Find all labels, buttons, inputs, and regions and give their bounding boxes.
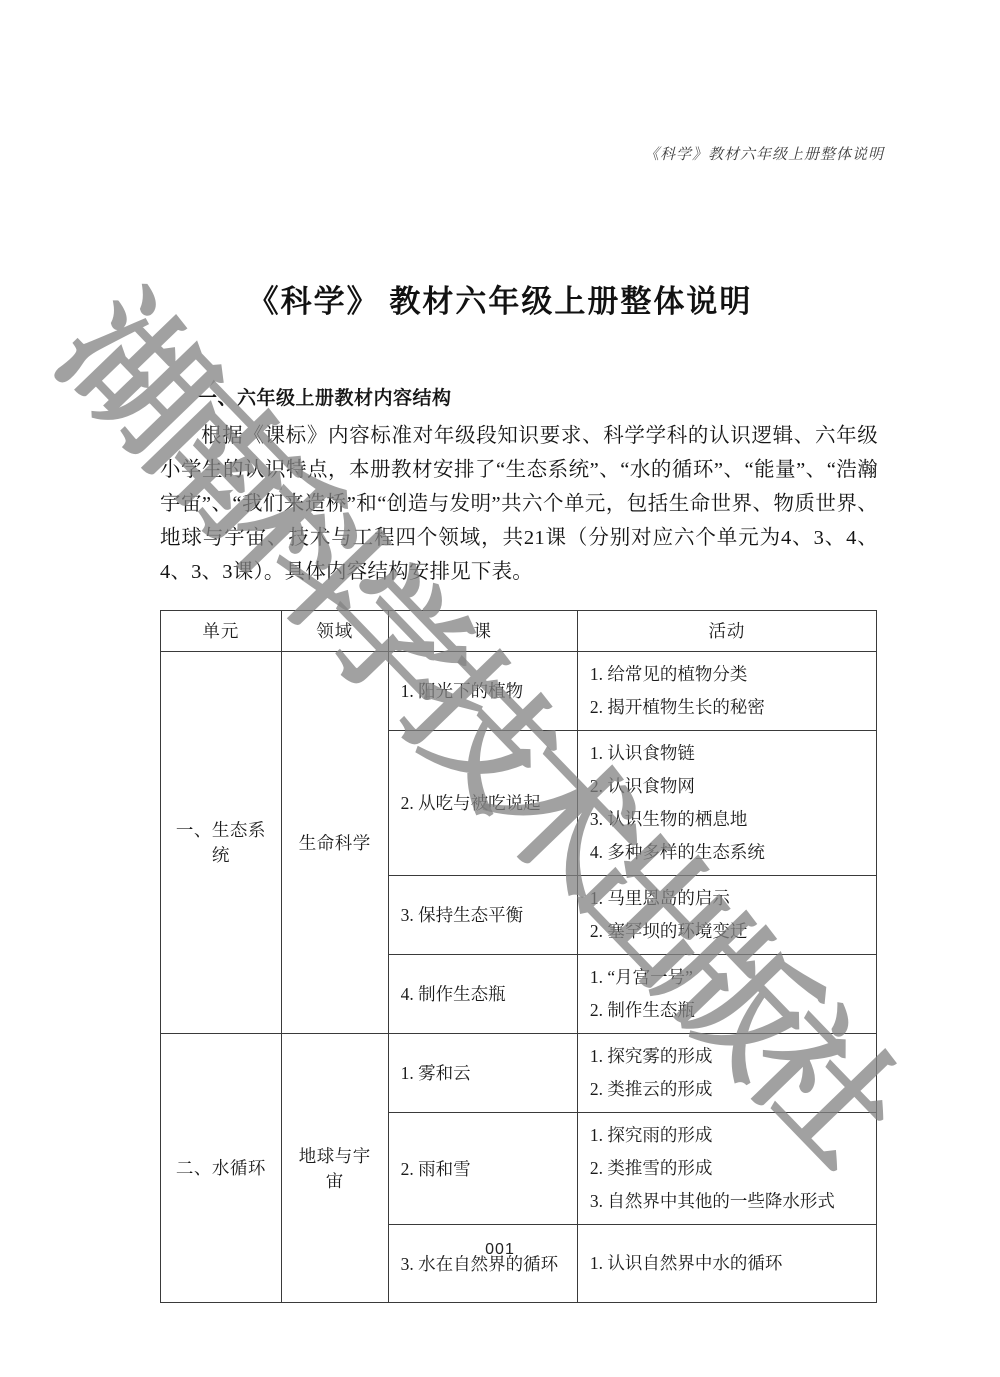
activity-item: 2. 认识食物网 [590,770,864,803]
activity-cell: 1. “月宫一号”2. 制作生态瓶 [577,954,876,1033]
course-cell: 1. 阳光下的植物 [388,651,577,730]
body-paragraph: 根据《课标》内容标准对年级段知识要求、科学学科的认识逻辑、六年级小学生的认识特点… [160,419,878,589]
activity-item: 2. 揭开植物生长的秘密 [590,691,864,724]
course-cell: 3. 水在自然界的循环 [388,1224,577,1302]
unit-cell: 二、水循环 [161,1033,282,1302]
activity-cell: 1. 马里恩岛的启示2. 塞罕坝的环境变迁 [577,875,876,954]
activity-cell: 1. 给常见的植物分类2. 揭开植物生长的秘密 [577,651,876,730]
table-header-cell: 单元 [161,610,282,651]
activity-item: 3. 自然界中其他的一些降水形式 [590,1185,864,1218]
domain-cell: 生命科学 [281,651,388,1033]
table-row: 一、生态系统生命科学1. 阳光下的植物1. 给常见的植物分类2. 揭开植物生长的… [161,651,877,730]
activity-item: 2. 类推雪的形成 [590,1152,864,1185]
activity-item: 2. 塞罕坝的环境变迁 [590,915,864,948]
activity-item: 1. 马里恩岛的启示 [590,882,864,915]
activity-item: 3. 认识生物的栖息地 [590,803,864,836]
table-header-cell: 课 [388,610,577,651]
activity-item: 2. 制作生态瓶 [590,994,864,1027]
activity-item: 1. 探究雨的形成 [590,1119,864,1152]
table-header-cell: 活动 [577,610,876,651]
main-content: 一、六年级上册教材内容结构 根据《课标》内容标准对年级段知识要求、科学学科的认识… [160,383,878,1303]
activity-item: 1. “月宫一号” [590,961,864,994]
section-heading: 一、六年级上册教材内容结构 [160,383,878,410]
activity-cell: 1. 认识食物链2. 认识食物网3. 认识生物的栖息地4. 多种多样的生态系统 [577,730,876,875]
activity-cell: 1. 认识自然界中水的循环 [577,1224,876,1302]
table-body: 一、生态系统生命科学1. 阳光下的植物1. 给常见的植物分类2. 揭开植物生长的… [161,651,877,1302]
activity-cell: 1. 探究雨的形成2. 类推雪的形成3. 自然界中其他的一些降水形式 [577,1112,876,1224]
table-head: 单元领域课活动 [161,610,877,651]
document-page: 湖南科学技术出版社 《科学》教材六年级上册整体说明 《科学》 教材六年级上册整体… [0,0,1000,1377]
activity-cell: 1. 探究雾的形成2. 类推云的形成 [577,1033,876,1112]
course-cell: 4. 制作生态瓶 [388,954,577,1033]
table-header-cell: 领域 [281,610,388,651]
course-cell: 3. 保持生态平衡 [388,875,577,954]
page-number: 001 [0,1241,1000,1259]
course-cell: 2. 从吃与被吃说起 [388,730,577,875]
running-header: 《科学》教材六年级上册整体说明 [644,143,884,164]
activity-item: 4. 多种多样的生态系统 [590,836,864,869]
page-title: 《科学》 教材六年级上册整体说明 [0,276,1000,321]
domain-cell: 地球与宇宙 [281,1033,388,1302]
content-structure-table: 单元领域课活动 一、生态系统生命科学1. 阳光下的植物1. 给常见的植物分类2.… [160,610,877,1303]
course-cell: 2. 雨和雪 [388,1112,577,1224]
course-cell: 1. 雾和云 [388,1033,577,1112]
table-header-row: 单元领域课活动 [161,610,877,651]
table-row: 二、水循环地球与宇宙1. 雾和云1. 探究雾的形成2. 类推云的形成 [161,1033,877,1112]
activity-item: 1. 探究雾的形成 [590,1040,864,1073]
activity-item: 1. 认识食物链 [590,737,864,770]
activity-item: 1. 给常见的植物分类 [590,658,864,691]
activity-item: 2. 类推云的形成 [590,1073,864,1106]
unit-cell: 一、生态系统 [161,651,282,1033]
